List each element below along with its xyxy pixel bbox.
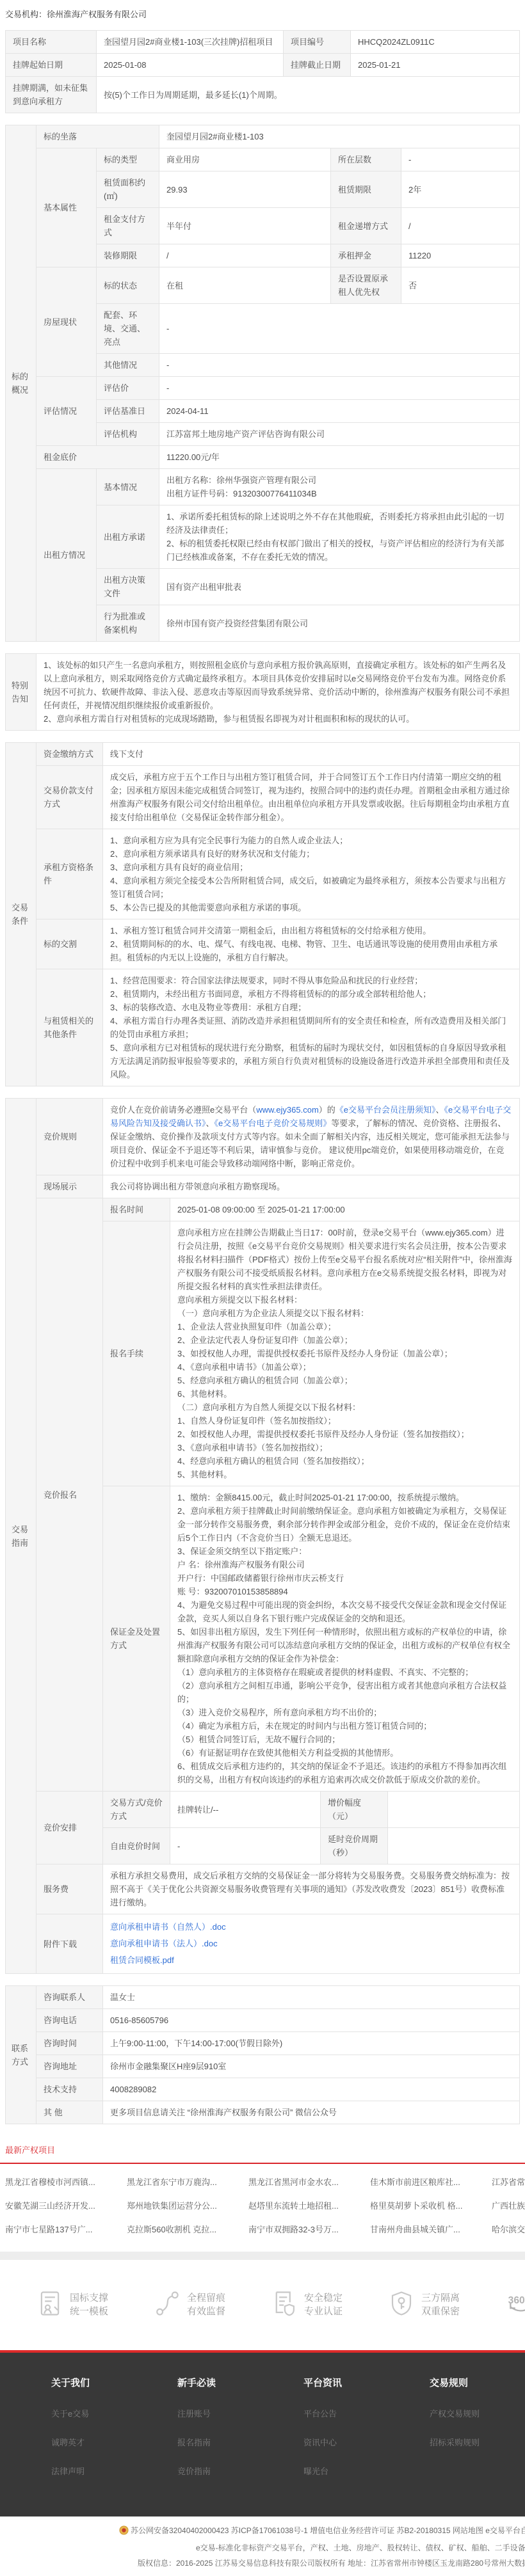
field-label: 承租押金 [331, 244, 401, 267]
other-info-value: 更多项目信息请关注 “徐州淮海产权服务有限公司” 微信公众号 [103, 2101, 520, 2124]
field-label: 咨询地址 [36, 2055, 103, 2078]
section-label-conditions: 交易条件 [6, 743, 36, 1086]
project-link[interactable]: 江苏省常州市新 [492, 2177, 525, 2187]
field-label: 自由竞价时间 [103, 1828, 170, 1864]
project-link[interactable]: 南宁市双拥路32-3号万... [248, 2225, 339, 2234]
field-label: 增价幅度（元） [321, 1792, 388, 1828]
project-code-value: HHCQ2024ZL0911C [351, 31, 520, 54]
field-label: 所在层数 [331, 148, 401, 171]
list-item: 郑州地铁集团运营分公... [127, 2194, 248, 2218]
field-label: 标的交割 [36, 919, 103, 969]
field-value: 否 [401, 267, 520, 304]
field-value: 29.93 [159, 171, 331, 208]
footer-link[interactable]: 竞价指南 [177, 2466, 303, 2477]
project-link[interactable]: 广西壮族自治区 [492, 2201, 525, 2211]
lessor-group-label: 出租方情况 [36, 469, 97, 642]
table-row: 咨询地址 徐州市金融集聚区H座9层910室 [6, 2055, 520, 2078]
field-value: 半年付 [159, 208, 331, 244]
site-show-label: 现场展示 [36, 1175, 103, 1198]
service-fee-text: 承租方承担交易费用，成交后承租方交纳的交易保证金一部分将转为交易服务费。交易服务… [103, 1864, 520, 1914]
field-label: 与租赁相关的其他条件 [36, 969, 103, 1086]
field-label: 延时竞价周期（秒） [321, 1828, 388, 1864]
table-row: 评估情况 评估价 - [6, 377, 520, 400]
rule-text-part: 、 [436, 1105, 444, 1115]
table-row: 承租方资格条件 1、意向承租方应为具有完全民事行为能力的自然人或企业法人； 2、… [6, 829, 520, 919]
arrange-group-label: 竞价安排 [36, 1792, 103, 1864]
icp-line: 苏公网安备32040402000423 苏ICP备17061038号-1 增值电… [0, 2523, 525, 2540]
feature-item: 360° [505, 2289, 525, 2319]
project-link[interactable]: 黑龙江省穆棱市河西镇... [5, 2177, 95, 2187]
deposit-text: 1、缴纳：金额8415.00元，截止时间2025-01-21 17:00:00，… [170, 1486, 520, 1792]
footer-column-rules: 交易规则 产权交易规则 招标采购规则 [430, 2376, 525, 2495]
footer-link[interactable]: 资讯中心 [303, 2437, 430, 2449]
field-value: / [159, 244, 331, 267]
field-label: 租赁面积约(㎡) [97, 171, 159, 208]
latest-projects-title: 最新产权项目 [0, 2137, 525, 2164]
platform-features-bar: 国标支撑统一模板 全程留痕有效监督 安全稳定专业认证 三方隔离双重保密 360° [0, 2260, 525, 2350]
listing-start-label: 挂牌起始日期 [6, 54, 97, 77]
contact-person-value: 温女士 [103, 1986, 520, 2009]
floor-price-value: 11220.00元/年 [159, 446, 520, 469]
project-link[interactable]: 克拉斯560收割机 克拉... [127, 2225, 216, 2234]
certificate-icon [36, 2289, 63, 2319]
floor-price-label: 租金底价 [36, 446, 159, 469]
table-row: 房屋现状 标的状态 在租 是否设置原承租人优先权 否 [6, 267, 520, 304]
field-label: 标的类型 [97, 148, 159, 171]
field-label: 配套、环境、交通、亮点 [97, 304, 159, 354]
field-label: 租金递增方式 [331, 208, 401, 244]
field-value: / [401, 208, 520, 244]
table-row: 与租赁相关的其他条件 1、经营范围要求：符合国家法律法规要求，同时不得从事危险品… [6, 969, 520, 1086]
field-label: 出租方决策文件 [97, 569, 159, 605]
field-value [388, 1828, 520, 1864]
rotate-360-icon: 360° [505, 2289, 525, 2319]
table-row: 标的交割 1、承租方签订租赁合同并交清第一期租金后，由出租方将租赁标的交付给承租… [6, 919, 520, 969]
footer-link[interactable]: 报名指南 [177, 2437, 303, 2449]
field-value: - [159, 377, 520, 400]
table-row: 挂牌起始日期 2025-01-08 挂牌截止日期 2025-01-21 [6, 54, 520, 77]
rule-text-part: 、 [206, 1118, 214, 1128]
table-row: 标的概况 标的坐落 奎园望月园2#商业楼1-103 [6, 125, 520, 148]
site-footer: 关于我们 关于e交易 诚聘英才 法律声明 新手必读 注册账号 报名指南 竞价指南… [0, 2350, 525, 2516]
extension-value: 按(5)个工作日为周期延期，最多延长(1)个周期。 [97, 77, 520, 113]
field-label: 其 他 [36, 2101, 103, 2124]
feature-text: 安全稳定专业认证 [304, 2291, 343, 2318]
footer-column-news: 平台资讯 平台公告 资讯中心 曝光台 [303, 2376, 430, 2495]
listing-end-label: 挂牌截止日期 [284, 54, 351, 77]
contact-address-value: 徐州市金融集聚区H座9层910室 [103, 2055, 520, 2078]
field-value: 1、承诺所委托租赁标的除上述说明之外不存在其他瑕疵，否则委托方将承担由此引起的一… [159, 505, 520, 569]
location-value: 奎园望月园2#商业楼1-103 [159, 125, 520, 148]
footer-link[interactable]: 产权交易规则 [430, 2408, 525, 2420]
extension-label: 挂牌期满，如未征集到意向承租方 [6, 77, 97, 113]
field-value: 2年 [401, 171, 520, 208]
footer-column-about: 关于我们 关于e交易 诚聘英才 法律声明 [51, 2376, 177, 2495]
field-value: 江苏富邦土地房地产资产评估咨询有限公司 [159, 423, 520, 446]
table-row: 特别告知 1、该处标的如只产生一名意向承租方，则按照租金底价与意向承租方报价孰高… [6, 654, 520, 731]
field-label: 资金缴纳方式 [36, 743, 103, 766]
project-name-label: 项目名称 [6, 31, 97, 54]
field-value: - [170, 1828, 321, 1864]
shield-key-icon [388, 2289, 415, 2319]
table-row: 技术支持 4008289082 [6, 2078, 520, 2101]
field-value [388, 1792, 520, 1828]
footer-column-title: 交易规则 [430, 2376, 525, 2389]
field-label: 技术支持 [36, 2078, 103, 2101]
table-row: 交易条件 资金缴纳方式 线下支付 [6, 743, 520, 766]
footer-link[interactable]: 平台公告 [303, 2408, 430, 2420]
bidding-rule-label: 竞价规则 [36, 1099, 103, 1175]
footer-column-title: 新手必读 [177, 2376, 303, 2389]
contact-phone-value: 0516-85605796 [103, 2009, 520, 2032]
footer-link[interactable]: 注册账号 [177, 2408, 303, 2420]
table-row: 交易指南 竞价规则 竞价人在竞价前请务必遵照e交易平台（www.ejy365.c… [6, 1099, 520, 1175]
field-value: 线下支付 [103, 743, 520, 766]
field-label: 基本情况 [97, 469, 159, 505]
table-row: 租金底价 11220.00元/年 [6, 446, 520, 469]
field-value: 在租 [159, 267, 331, 304]
table-row: 咨询时间 上午9:00-11:00，下午14:00-17:00(节假日除外) [6, 2032, 520, 2055]
footer-link[interactable]: 诚聘英才 [51, 2437, 177, 2449]
project-link[interactable]: 南宁市七星路137号广... [5, 2225, 93, 2234]
signup-procedure-text: 意向承租方应在挂牌公告期截止当日17：00时前，登录e交易平台（www.ejy3… [170, 1221, 520, 1486]
site-show-text: 我公司将协调出租方带领意向承租方勘察现场。 [103, 1175, 520, 1198]
field-label: 评估机构 [97, 423, 159, 446]
footer-column-title: 关于我们 [51, 2376, 177, 2389]
contact-time-value: 上午9:00-11:00，下午14:00-17:00(节假日除外) [103, 2032, 520, 2055]
member-register-notice-link[interactable]: 《e交易平台会员注册须知》 [335, 1105, 436, 1115]
list-item: 江苏省常州市新 [492, 2170, 525, 2194]
field-value: 2024-04-11 [159, 400, 520, 423]
tech-support-value: 4008289082 [103, 2078, 520, 2101]
project-link[interactable]: 黑龙江省黑河市金水农... [248, 2177, 339, 2187]
table-row: 竞价安排 交易方式/竞价方式 挂牌转让/-- 增价幅度（元） [6, 1792, 520, 1828]
footer-link[interactable]: 法律声明 [51, 2466, 177, 2477]
trade-guide-table: 交易指南 竞价规则 竞价人在竞价前请务必遵照e交易平台（www.ejy365.c… [5, 1098, 520, 1974]
field-label: 保证金及处置方式 [103, 1486, 170, 1792]
attachment-link[interactable]: 租赁合同模板.pdf [110, 1952, 512, 1969]
project-table: 项目名称 奎园望月园2#商业楼1-103(三次挂牌)招租项目 项目编号 HHCQ… [5, 30, 520, 113]
field-label: 出租方承诺 [97, 505, 159, 569]
project-link[interactable]: 安徽芜湖三山经济开发... [5, 2201, 95, 2211]
basic-group-label: 基本属性 [36, 148, 97, 267]
list-item: 哈尔滨交通集团 [492, 2218, 525, 2241]
feature-text: 全程留痕有效监督 [187, 2291, 225, 2318]
list-item: 黑龙江省黑河市金水农... [248, 2170, 370, 2194]
table-row: 现场展示 我公司将协调出租方带领意向承租方勘察现场。 [6, 1175, 520, 1198]
project-link[interactable]: 甘南州舟曲县城关镇广... [370, 2225, 460, 2234]
ejy365-link[interactable]: www.ejy365.com [256, 1105, 319, 1115]
field-label: 行为批准或备案机构 [97, 605, 159, 642]
list-item: 黑龙江省东宁市万鹿沟... [127, 2170, 248, 2194]
field-label: 租赁期限 [331, 171, 401, 208]
copyright-line: 版权信息：2016-2025 江苏易交易信息科技有限公司版权所有 地址：江苏省常… [0, 2556, 525, 2571]
attachment-link[interactable]: 意向承租申请书（自然人）.doc [110, 1919, 512, 1936]
table-row: 咨询电话 0516-85605796 [6, 2009, 520, 2032]
section-label-guide: 交易指南 [6, 1099, 36, 1974]
field-value: 1、意向承租方应为具有完全民事行为能力的自然人或企业法人； 2、意向承租方须承诺… [103, 829, 520, 919]
location-label: 标的坐落 [36, 125, 159, 148]
eval-group-label: 评估情况 [36, 377, 97, 446]
field-label: 交易价款支付方式 [36, 766, 103, 829]
listing-start-value: 2025-01-08 [97, 54, 284, 77]
attachment-link[interactable]: 意向承租申请书（法人）.doc [110, 1936, 512, 1952]
divider [0, 2252, 525, 2260]
feature-item: 安全稳定专业认证 [271, 2289, 388, 2319]
table-row: 交易价款支付方式 成交后，承租方应于五个工作日与出租方签订租赁合同，并于合同签订… [6, 766, 520, 829]
feature-text: 国标支撑统一模板 [70, 2291, 108, 2318]
field-value: 国有资产出租审批表 [159, 569, 520, 605]
project-link[interactable]: 哈尔滨交通集团 [492, 2225, 525, 2234]
list-item: 甘南州舟曲县城关镇广... [370, 2218, 492, 2241]
table-row: 挂牌期满，如未征集到意向承租方 按(5)个工作日为周期延期，最多延长(1)个周期… [6, 77, 520, 113]
signup-time-value: 2025-01-08 09:00:00 至 2025-01-21 17:00:0… [170, 1198, 520, 1221]
feature-item: 全程留痕有效监督 [154, 2289, 271, 2319]
contact-table: 联系方式 咨询联系人 温女士 咨询电话 0516-85605796 咨询时间 上… [5, 1985, 520, 2124]
field-value: 出租方名称：徐州华强资产管理有限公司 出租方证件号码：9132030077641… [159, 469, 520, 505]
feature-item: 三方隔离双重保密 [388, 2289, 505, 2319]
project-link[interactable]: 郑州地铁集团运营分公... [127, 2201, 217, 2211]
subject-overview-table: 标的概况 标的坐落 奎园望月园2#商业楼1-103 基本属性 标的类型 商业用房… [5, 125, 520, 642]
table-row: 联系方式 咨询联系人 温女士 [6, 1986, 520, 2009]
list-item: 格里莫胡萝卜采收机 格... [370, 2194, 492, 2218]
project-link[interactable]: 赵塔里东流转土地招租... [248, 2201, 339, 2211]
field-label: 报名时间 [103, 1198, 170, 1221]
table-row: 服务费 承租方承担交易费用，成交后承租方交纳的交易保证金一部分将转为交易服务费。… [6, 1864, 520, 1914]
field-label: 咨询电话 [36, 2009, 103, 2032]
field-label: 承租方资格条件 [36, 829, 103, 919]
bidding-rules-link[interactable]: 《e交易平台电子竞价交易规则》 [214, 1118, 332, 1128]
field-label: 装修期限 [97, 244, 159, 267]
field-value: 成交后，承租方应于五个工作日与出租方签订租赁合同，并于合同签订五个工作日内付清第… [103, 766, 520, 829]
footer-link[interactable]: 关于e交易 [51, 2408, 177, 2420]
field-label: 其他情况 [97, 354, 159, 377]
footer-column-newbie: 新手必读 注册账号 报名指南 竞价指南 [177, 2376, 303, 2495]
public-security-badge-icon [119, 2525, 129, 2540]
section-label-contact: 联系方式 [6, 1986, 36, 2124]
feature-text: 三方隔离双重保密 [421, 2291, 460, 2318]
house-group-label: 房屋现状 [36, 267, 97, 377]
service-fee-label: 服务费 [36, 1864, 103, 1914]
attachments-label: 附件下载 [36, 1914, 103, 1974]
project-link[interactable]: 格里莫胡萝卜采收机 格... [370, 2201, 462, 2211]
table-row: 项目名称 奎园望月园2#商业楼1-103(三次挂牌)招租项目 项目编号 HHCQ… [6, 31, 520, 54]
bidding-rule-text: 竞价人在竞价前请务必遵照e交易平台（www.ejy365.com）的《e交易平台… [103, 1099, 520, 1175]
field-value: 徐州市国有资产投资经营集团有限公司 [159, 605, 520, 642]
list-item: 赵塔里东流转土地招租... [248, 2194, 370, 2218]
field-value: 商业用房 [159, 148, 331, 171]
trade-conditions-table: 交易条件 资金缴纳方式 线下支付 交易价款支付方式 成交后，承租方应于五个工作日… [5, 742, 520, 1086]
project-link[interactable]: 佳木斯市前进区粮库社... [370, 2177, 460, 2187]
trace-route-icon [154, 2289, 181, 2319]
section-label-notice: 特别告知 [6, 654, 36, 731]
platform-desc-line: e交易-标准化非标资产交易平台，产权、土地、房地产、股权转让、债权、矿权、船舶、… [0, 2540, 525, 2556]
field-label: 咨询时间 [36, 2032, 103, 2055]
attachments-list: 意向承租申请书（自然人）.doc 意向承租申请书（法人）.doc 租赁合同模板.… [103, 1914, 520, 1974]
footer-link[interactable]: 招标采购规则 [430, 2437, 525, 2449]
field-label: 是否设置原承租人优先权 [331, 267, 401, 304]
legal-footer: 苏公网安备32040402000423 苏ICP备17061038号-1 增值电… [0, 2516, 525, 2576]
table-row: 出租方情况 基本情况 出租方名称：徐州华强资产管理有限公司 出租方证件号码：91… [6, 469, 520, 505]
table-row: 基本属性 标的类型 商业用房 所在层数 - [6, 148, 520, 171]
rule-text-part: ）的 [319, 1105, 335, 1115]
project-code-label: 项目编号 [284, 31, 351, 54]
rule-text-part: 竞价人在竞价前请务必遵照e交易平台（ [110, 1105, 256, 1115]
list-item: 南宁市双拥路32-3号万... [248, 2218, 370, 2241]
listing-end-value: 2025-01-21 [351, 54, 520, 77]
special-notice-table: 特别告知 1、该处标的如只产生一名意向承租方，则按照租金底价与意向承租方报价孰高… [5, 653, 520, 731]
field-value: - [401, 148, 520, 171]
project-link[interactable]: 黑龙江省东宁市万鹿沟... [127, 2177, 217, 2187]
special-notice-text: 1、该处标的如只产生一名意向承租方，则按照租金底价与意向承租方报价孰高原则，直接… [36, 654, 520, 731]
shield-doc-icon [271, 2289, 298, 2319]
list-item: 南宁市七星路137号广... [5, 2218, 127, 2241]
project-name-value: 奎园望月园2#商业楼1-103(三次挂牌)招租项目 [97, 31, 284, 54]
field-label: 报名手续 [103, 1221, 170, 1486]
field-value: 挂牌转让/-- [170, 1792, 321, 1828]
list-item: 克拉斯560收割机 克拉... [127, 2218, 248, 2241]
table-row: 其 他 更多项目信息请关注 “徐州淮海产权服务有限公司” 微信公众号 [6, 2101, 520, 2124]
table-row: 附件下载 意向承租申请书（自然人）.doc 意向承租申请书（法人）.doc 租赁… [6, 1914, 520, 1974]
field-value: 1、经营范围要求：符合国家法律法规要求，同时不得从事危险品和扰民的行业经营； 2… [103, 969, 520, 1086]
trading-agency-label: 交易机构：徐州淮海产权服务有限公司 [5, 0, 520, 30]
footer-link[interactable]: 曝光台 [303, 2466, 430, 2477]
list-item: 佳木斯市前进区粮库社... [370, 2170, 492, 2194]
list-item: 黑龙江省穆棱市河西镇... [5, 2170, 127, 2194]
list-item: 安徽芜湖三山经济开发... [5, 2194, 127, 2218]
field-label: 交易方式/竞价方式 [103, 1792, 170, 1828]
field-value: - [159, 354, 520, 377]
field-label: 标的状态 [97, 267, 159, 304]
page: 交易机构：徐州淮海产权服务有限公司 项目名称 奎园望月园2#商业楼1-103(三… [0, 0, 525, 2576]
feature-item: 国标支撑统一模板 [36, 2289, 154, 2319]
field-label: 咨询联系人 [36, 1986, 103, 2009]
field-value: 1、承租方签订租赁合同并交清第一期租金后，由出租方将租赁标的交付给承租方使用。 … [103, 919, 520, 969]
table-row: 竞价报名 报名时间 2025-01-08 09:00:00 至 2025-01-… [6, 1198, 520, 1221]
footer-column-title: 平台资讯 [303, 2376, 430, 2389]
latest-projects-list: 黑龙江省穆棱市河西镇... 黑龙江省东宁市万鹿沟... 黑龙江省黑河市金水农..… [0, 2164, 525, 2252]
field-value: 11220 [401, 244, 520, 267]
field-label: 评估价 [97, 377, 159, 400]
section-label-subject: 标的概况 [6, 125, 36, 642]
field-label: 租金支付方式 [97, 208, 159, 244]
field-label: 评估基准日 [97, 400, 159, 423]
field-value: - [159, 304, 520, 354]
signup-group-label: 竞价报名 [36, 1198, 103, 1792]
list-item: 广西壮族自治区 [492, 2194, 525, 2218]
